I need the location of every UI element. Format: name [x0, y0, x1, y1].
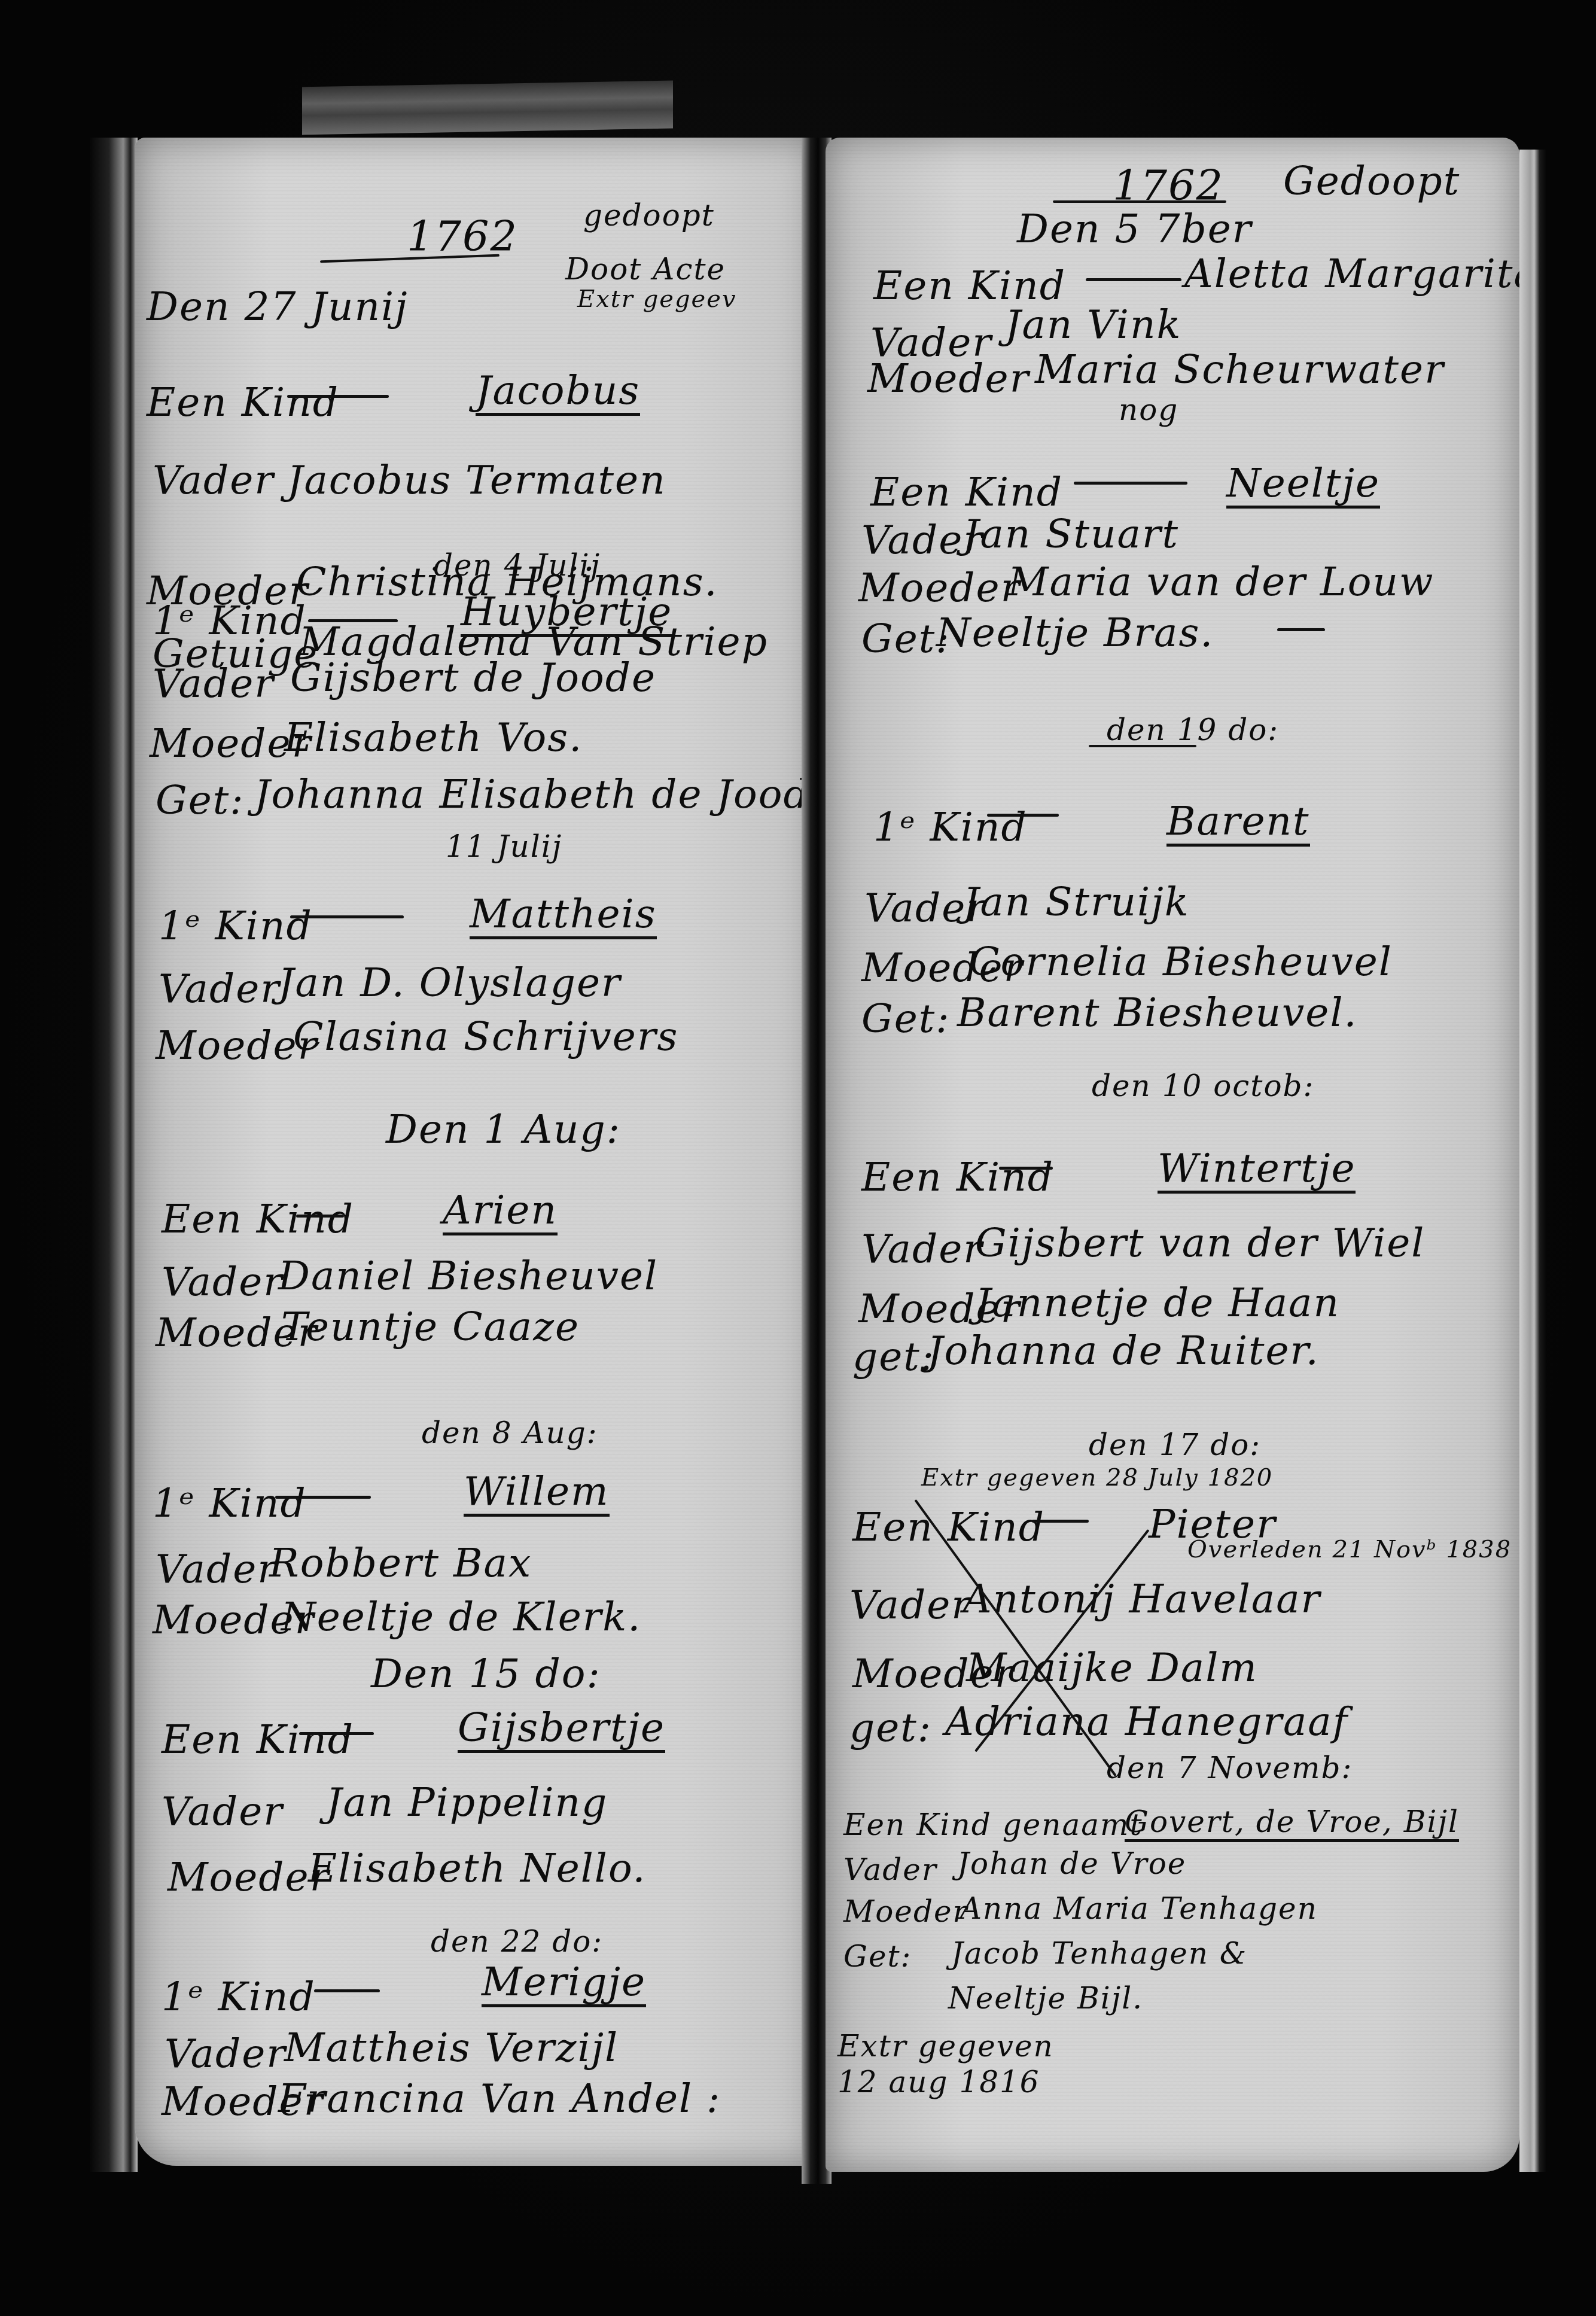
- child-name: Jacobus: [476, 371, 640, 416]
- father-label: Vader: [861, 1229, 983, 1269]
- father-label: Vader: [156, 1550, 278, 1589]
- entry-date: den 17 do:: [1089, 1430, 1261, 1460]
- witness-name: Adriana Hanegraaf: [945, 1702, 1348, 1742]
- entry-child-line: Een Kind: [147, 383, 339, 422]
- mother-name: Jannetje de Haan: [975, 1283, 1340, 1323]
- father-label: Vader: [162, 1262, 284, 1302]
- witness-name: Neeltje Bras.: [936, 613, 1214, 653]
- child-name: Merigje: [482, 1962, 646, 2007]
- marginal-note-line2: Extr gegeev: [577, 287, 737, 311]
- dash: [314, 1989, 380, 1992]
- left-header-year: 1762: [407, 215, 518, 257]
- father-label: Vader: [153, 461, 275, 500]
- witness-name-2: Neeltje Bijl.: [948, 1983, 1143, 2013]
- entry-child-line: Een Kind: [852, 1508, 1045, 1547]
- mother-name: Anna Maria Tenhagen: [960, 1894, 1318, 1924]
- father-label: Vader: [843, 1855, 937, 1885]
- mother-name: Elisabeth Nello.: [308, 1849, 647, 1888]
- child-name: Govert, de Vroe, Bijl: [1125, 1807, 1459, 1842]
- entry-date: den 22 do:: [431, 1927, 603, 1956]
- dash: [1074, 482, 1187, 485]
- father-name: Johan de Vroe: [957, 1849, 1186, 1879]
- father-label: Vader: [153, 664, 275, 704]
- dash: [308, 619, 398, 622]
- entry-date: Den 15 do:: [371, 1654, 601, 1694]
- witness-label: get:: [849, 1708, 932, 1748]
- father-label: Vader: [159, 969, 281, 1009]
- witness-name: Johanna Elisabeth de Joode.: [254, 775, 848, 814]
- extract-note-line2: 12 aug 1816: [837, 2067, 1040, 2097]
- entry-date: Den 1 Aug:: [386, 1110, 621, 1149]
- father-name: Jan Stuart: [963, 515, 1179, 554]
- dash: [1277, 628, 1325, 631]
- entry-date: den 8 Aug:: [422, 1418, 598, 1448]
- father-name: Jan Pippeling: [326, 1783, 608, 1822]
- entry-date: den 19 do:: [1107, 715, 1279, 745]
- date-underline: [1089, 745, 1196, 747]
- entry-date: Den 27 Junij: [147, 287, 408, 327]
- father-name: Jan Struijk: [963, 882, 1190, 922]
- entry-child-line: Een Kind: [861, 1158, 1054, 1197]
- extract-note-line1: Extr gegeven: [837, 2031, 1054, 2061]
- bookmark-ribbon: [302, 81, 673, 135]
- entry-note: nog: [1119, 395, 1178, 425]
- left-header-label: gedoopt: [583, 200, 715, 230]
- child-name: Mattheis: [470, 894, 657, 939]
- dash: [299, 1732, 374, 1735]
- mother-name: Maria Scheurwater: [1035, 350, 1445, 389]
- entry-child-line: Een Kind: [162, 1200, 354, 1239]
- father-name: Jacobus Termaten: [287, 461, 666, 500]
- child-name: Wintertje: [1158, 1149, 1356, 1194]
- dash: [290, 915, 404, 918]
- death-note: Overleden 21 Novᵇ 1838: [1187, 1538, 1512, 1562]
- mother-name: Clasina Schrijvers: [293, 1017, 678, 1057]
- child-name: Aletta Margarita: [1184, 254, 1539, 294]
- father-label: Vader: [849, 1585, 971, 1625]
- child-name: Barent: [1166, 802, 1310, 847]
- entry-child-line: Een Kind: [162, 1720, 354, 1760]
- mother-name: Elisabeth Vos.: [284, 718, 583, 757]
- father-name: Jan D. Olyslager: [278, 963, 622, 1003]
- father-label: Vader: [165, 2034, 287, 2074]
- father-label: Vader: [162, 1792, 284, 1831]
- mother-label: Moeder: [858, 568, 1021, 608]
- child-name: Huybertje: [461, 592, 672, 637]
- entry-child-line: 1ᵉ Kind: [153, 601, 307, 641]
- entry-child-line: 1ᵉ Kind: [162, 1977, 316, 2017]
- right-header-label: Gedoopt: [1283, 162, 1460, 201]
- right-page: 1762 Gedoopt Den 5 7ber Een Kind Aletta …: [826, 138, 1519, 2172]
- mother-name: Francina Van Andel :: [278, 2079, 721, 2119]
- mother-name: Cornelia Biesheuvel: [969, 942, 1393, 982]
- dash: [287, 395, 389, 398]
- father-name: Gijsbert van der Wiel: [975, 1224, 1425, 1263]
- entry-date: den 4 Julij: [434, 550, 601, 580]
- mother-label: Moeder: [867, 359, 1030, 398]
- left-page: 1762 gedoopt Doot Acte Extr gegeev Den 2…: [135, 138, 817, 2166]
- book-binding-left: [90, 138, 138, 2172]
- dash: [275, 1496, 371, 1499]
- mother-name: Maria van der Louw: [1008, 562, 1434, 602]
- marginal-note-line1: Doot Acte: [565, 254, 726, 284]
- entry-child-line: Een Kind: [870, 473, 1063, 512]
- entry-date: den 10 octob:: [1092, 1071, 1314, 1101]
- father-name: Jan Vink: [1005, 305, 1181, 345]
- dash: [987, 814, 1059, 817]
- page-edge-right: [1519, 150, 1546, 2172]
- father-name: Robbert Bax: [269, 1544, 532, 1583]
- father-name: Daniel Biesheuvel: [278, 1256, 658, 1296]
- witness-label: Get:: [861, 999, 951, 1039]
- witness-name: Jacob Tenhagen &: [951, 1938, 1247, 1968]
- father-name: Gijsbert de Joode: [290, 658, 656, 698]
- entry-child-line: Een Kind genaamt: [843, 1810, 1143, 1840]
- entry-child-line: 1ᵉ Kind: [159, 906, 313, 946]
- dash: [999, 1167, 1053, 1170]
- witness-name: Barent Biesheuvel.: [957, 993, 1358, 1033]
- child-name: Neeltje: [1226, 464, 1380, 509]
- child-name: Willem: [464, 1472, 610, 1517]
- entry-date: den 7 Novemb:: [1107, 1753, 1353, 1783]
- mother-name: Maaijke Dalm: [966, 1648, 1258, 1688]
- entry-child-line: Een Kind: [873, 266, 1066, 306]
- extract-note: Extr gegeven 28 July 1820: [921, 1466, 1273, 1490]
- entry-child-line: 1ᵉ Kind: [153, 1484, 307, 1523]
- father-name: Mattheis Verzijl: [284, 2028, 619, 2068]
- dash: [1086, 278, 1181, 281]
- child-name: Gijsbertje: [458, 1708, 665, 1753]
- witness-label: get:: [852, 1337, 935, 1377]
- mother-label: Moeder: [167, 1858, 330, 1897]
- witness-label: Get:: [843, 1941, 912, 1971]
- witness-label: Get:: [156, 781, 245, 820]
- entry-date: 11 Julij: [446, 832, 562, 862]
- witness-name: Johanna de Ruiter.: [927, 1331, 1320, 1371]
- dash: [296, 1215, 344, 1218]
- mother-label: Moeder: [843, 1897, 968, 1927]
- mother-name: Neeltje de Klerk.: [281, 1597, 641, 1637]
- father-name: Antonij Havelaar: [963, 1579, 1321, 1619]
- mother-name: Teuntje Caaze: [281, 1307, 580, 1347]
- entry-date: Den 5 7ber: [1017, 209, 1252, 249]
- child-name: Arien: [443, 1191, 558, 1235]
- dash: [1032, 1520, 1089, 1523]
- header-underline: [1053, 200, 1226, 203]
